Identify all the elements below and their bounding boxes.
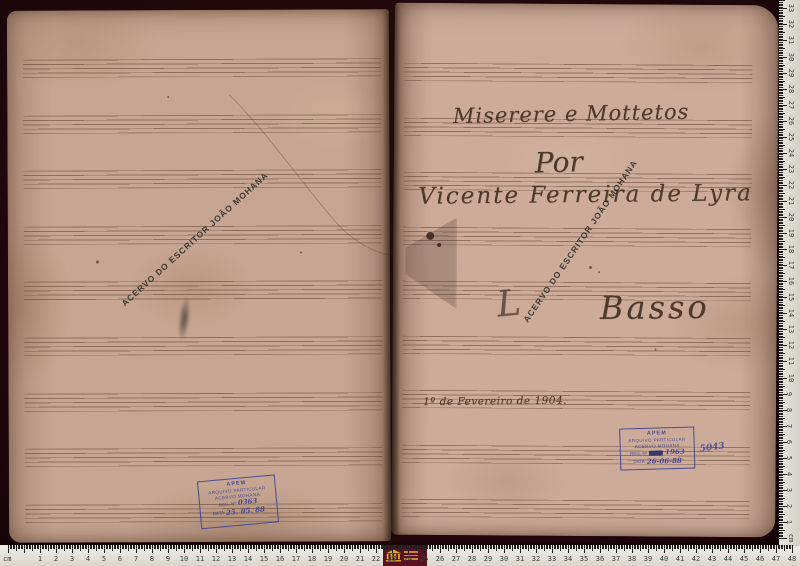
- ruler-tick: [779, 7, 783, 8]
- ruler-tick: [779, 471, 783, 472]
- ruler-tick: [779, 211, 783, 212]
- ruler-tick: [779, 108, 783, 109]
- ruler-number: 1: [38, 555, 42, 563]
- ruler-tick: [779, 416, 783, 417]
- ruler-tick: [779, 283, 783, 284]
- ruler-number: 40: [660, 555, 668, 563]
- ruler-number: 6: [785, 440, 793, 444]
- ruler-tick: [779, 305, 785, 306]
- ruler-tick: [779, 235, 783, 236]
- ruler-tick: [779, 438, 783, 439]
- ruler-tick: [779, 435, 783, 436]
- ruler-tick: [779, 276, 783, 277]
- staff-lines-left: [7, 9, 391, 543]
- ruler-number: 4: [86, 555, 90, 563]
- ruler-number: 24: [787, 149, 795, 157]
- ruler-tick: [779, 180, 783, 181]
- ruler-tick: [779, 406, 783, 407]
- ruler-number: 31: [787, 36, 795, 44]
- ruler-tick: [779, 448, 783, 449]
- ruler-tick: [779, 331, 783, 332]
- ruler-number: 20: [340, 555, 348, 563]
- ruler-tick: [779, 5, 783, 6]
- ruler-tick: [779, 105, 787, 106]
- ruler-tick: [779, 272, 783, 273]
- ruler-tick: [779, 238, 783, 239]
- ruler-number: 33: [548, 555, 556, 563]
- ruler-tick: [779, 414, 783, 415]
- ruler-tick: [779, 443, 783, 444]
- ruler-tick: [779, 312, 783, 313]
- ruler-tick: [779, 321, 785, 322]
- voice-part-label: Basso: [600, 288, 710, 327]
- ruler-tick: [779, 511, 783, 512]
- ruler-tick: [779, 239, 783, 240]
- ruler-tick: [779, 302, 783, 303]
- ruler-tick: [779, 215, 783, 216]
- archive-stamp-right: APEM ARQUIVO PARTICULAR ACERVO MOHANA RE…: [619, 426, 695, 470]
- ruler-tick: [779, 528, 783, 529]
- ruler-number: 10: [180, 555, 188, 563]
- ruler-number: 36: [596, 555, 604, 563]
- ruler-tick: [779, 400, 783, 401]
- ruler-tick: [779, 341, 783, 342]
- ruler-tick: [779, 188, 783, 189]
- ruler-tick: [779, 183, 783, 184]
- ruler-tick: [779, 286, 783, 287]
- ruler-tick: [779, 21, 783, 22]
- ruler-tick: [779, 103, 783, 104]
- paper-speck: [598, 271, 600, 273]
- ruler-tick: [779, 167, 783, 168]
- music-staff: [23, 58, 381, 78]
- ruler-tick: [779, 532, 783, 533]
- ruler-number: 5: [102, 555, 106, 563]
- ruler-tick: [779, 142, 783, 143]
- paper-speck: [589, 266, 592, 269]
- ruler-tick: [779, 185, 787, 186]
- ruler-tick: [779, 368, 783, 369]
- ruler-tick: [779, 127, 783, 128]
- manuscript-byline: Por: [534, 145, 583, 179]
- ruler-tick: [779, 228, 783, 229]
- ruler-tick: [779, 111, 783, 112]
- ruler-tick: [779, 106, 783, 107]
- ruler-number: 16: [787, 277, 795, 285]
- ruler-tick: [779, 124, 783, 125]
- ruler-number: 9: [166, 555, 170, 563]
- scanned-manuscript-photo: ACERVO DO ESCRITOR JOÃO MOHANA APEM ARQU…: [0, 0, 800, 566]
- ruler-tick: [779, 292, 783, 293]
- ruler-number: 29: [787, 68, 795, 76]
- music-staff: [24, 336, 382, 356]
- ruler-tick: [779, 328, 783, 329]
- ruler-tick: [779, 40, 787, 41]
- ruler-tick: [779, 252, 783, 253]
- ruler-tick: [779, 101, 783, 102]
- ruler-tick: [779, 268, 783, 269]
- ruler-tick: [779, 34, 783, 35]
- ruler-tick: [779, 536, 783, 537]
- ruler-tick: [779, 300, 783, 301]
- ruler-tick: [779, 32, 785, 33]
- ruler-tick: [779, 342, 783, 343]
- ruler-tick: [779, 129, 785, 130]
- ruler-tick: [779, 365, 783, 366]
- paper-speck: [167, 96, 169, 98]
- ruler-tick: [779, 220, 783, 221]
- ruler-tick: [779, 352, 783, 353]
- ruler-tick: [779, 206, 783, 207]
- ruler-tick: [779, 413, 783, 414]
- ruler-number: 38: [628, 555, 636, 563]
- ruler-tick: [779, 159, 783, 160]
- ruler-tick: [779, 77, 783, 78]
- ruler-unit-label: cm: [3, 555, 11, 563]
- ruler-tick: [779, 140, 783, 141]
- ruler-tick: [779, 297, 787, 298]
- ruler-tick: [779, 241, 785, 242]
- ruler-number: 13: [787, 325, 795, 333]
- ruler-tick: [779, 230, 783, 231]
- ruler-tick: [779, 371, 783, 372]
- ruler-number: 19: [324, 555, 332, 563]
- ruler-tick: [779, 23, 783, 24]
- ruler-tick: [779, 291, 783, 292]
- ruler-tick: [779, 29, 783, 30]
- ruler-tick: [779, 418, 785, 419]
- ruler-tick: [779, 455, 783, 456]
- ruler-tick: [779, 222, 783, 223]
- ruler-number: 27: [452, 555, 460, 563]
- ruler-tick: [779, 498, 785, 499]
- ruler-tick: [779, 92, 783, 93]
- ruler-tick: [779, 525, 783, 526]
- ruler-tick: [779, 190, 783, 191]
- ruler-number: 9: [785, 391, 793, 395]
- ruler-tick: [779, 82, 783, 83]
- ruler-tick: [779, 397, 783, 398]
- ruler-tick: [779, 453, 783, 454]
- ruler-tick: [779, 267, 783, 268]
- ruler-tick: [779, 361, 787, 362]
- ruler-number: 46: [756, 555, 764, 563]
- ruler-tick: [779, 244, 783, 245]
- ruler-tick: [779, 496, 783, 497]
- ruler-tick: [779, 466, 785, 467]
- ruler-tick: [779, 317, 783, 318]
- ruler-tick: [779, 207, 783, 208]
- ruler-tick: [779, 289, 785, 290]
- ruler-tick: [779, 390, 783, 391]
- ruler-tick: [779, 373, 783, 374]
- ruler-tick: [779, 52, 783, 53]
- ruler-tick: [779, 445, 783, 446]
- ruler-tick: [779, 419, 783, 420]
- ruler-tick: [779, 154, 783, 155]
- ruler-tick: [779, 360, 783, 361]
- ruler-number: 19: [787, 229, 795, 237]
- ruler-tick: [779, 161, 785, 162]
- ruler-number: 24: [404, 555, 412, 563]
- ruler-tick: [779, 47, 783, 48]
- ruler-tick: [779, 533, 783, 534]
- ruler-number: 20: [787, 213, 795, 221]
- ruler-number: 14: [244, 555, 252, 563]
- ruler-tick: [779, 376, 783, 377]
- ruler-tick: [779, 87, 783, 88]
- ruler-tick: [779, 209, 785, 210]
- ruler-tick: [779, 196, 783, 197]
- ruler-tick: [779, 4, 783, 5]
- ruler-tick: [779, 381, 783, 382]
- ruler-tick: [779, 260, 783, 261]
- ruler-tick: [779, 384, 783, 385]
- ruler-tick: [779, 334, 783, 335]
- ruler-number: 16: [276, 555, 284, 563]
- ruler-number: 22: [787, 181, 795, 189]
- ruler-tick: [779, 93, 783, 94]
- music-staff: [23, 114, 381, 134]
- ruler-number: 14: [787, 309, 795, 317]
- ruler-tick: [779, 69, 783, 70]
- ruler-tick: [779, 84, 783, 85]
- ruler-tick: [779, 469, 783, 470]
- paper-speck: [300, 252, 302, 254]
- date-handwritten: 26-06-88: [647, 457, 682, 467]
- ruler-tick: [779, 350, 783, 351]
- ruler-tick: [779, 464, 783, 465]
- ruler-number: 37: [612, 555, 620, 563]
- ruler-tick: [779, 243, 783, 244]
- ruler-tick: [779, 299, 783, 300]
- ruler-tick: [779, 219, 783, 220]
- ruler-tick: [779, 177, 785, 178]
- ruler-number: 39: [644, 555, 652, 563]
- ruler-unit-label: cm: [787, 534, 795, 542]
- manuscript-author: Vicente Ferreira de Lyra: [418, 180, 753, 210]
- pen-flourish: L: [495, 282, 523, 325]
- ruler-tick: [779, 39, 783, 40]
- ruler-tick: [779, 270, 783, 271]
- ruler-number: 12: [212, 555, 220, 563]
- ruler-tick: [779, 349, 783, 350]
- ruler-tick: [779, 516, 783, 517]
- music-staff: [25, 392, 383, 412]
- ruler-number: 12: [787, 341, 795, 349]
- page-gutter-shadow: [383, 4, 400, 542]
- ruler-number: 18: [308, 555, 316, 563]
- ruler-tick: [779, 195, 783, 196]
- ruler-tick: [779, 479, 783, 480]
- ruler-tick: [779, 89, 787, 90]
- ruler-tick: [779, 2, 783, 3]
- ruler-tick: [779, 411, 783, 412]
- ruler-tick: [779, 148, 783, 149]
- ruler-tick: [779, 65, 785, 66]
- ruler-tick: [779, 491, 783, 492]
- ruler-tick: [779, 402, 785, 403]
- ruler-tick: [779, 447, 783, 448]
- manuscript-left-page: ACERVO DO ESCRITOR JOÃO MOHANA APEM ARQU…: [7, 9, 391, 543]
- date-handwritten: 25. 05. 88: [226, 505, 266, 517]
- ruler-tick: [779, 37, 783, 38]
- ruler-tick: [779, 174, 783, 175]
- ruler-tick: [779, 231, 783, 232]
- ruler-tick: [779, 429, 783, 430]
- ruler-tick: [779, 109, 783, 110]
- ruler-tick: [779, 254, 783, 255]
- ruler-tick: [779, 81, 785, 82]
- ruler-tick: [779, 514, 785, 515]
- ruler-tick: [779, 156, 783, 157]
- ruler-tick: [779, 451, 783, 452]
- ruler-tick: [779, 504, 783, 505]
- ruler-tick: [779, 307, 783, 308]
- ruler-tick: [779, 45, 783, 46]
- ruler-number: 25: [420, 555, 428, 563]
- ruler-tick: [779, 265, 787, 266]
- ruler-tick: [779, 386, 785, 387]
- ruler-tick: [779, 61, 783, 62]
- ruler-number: 8: [150, 555, 154, 563]
- ruler-tick: [779, 408, 783, 409]
- ruler-number: 27: [787, 100, 795, 108]
- ruler-tick: [779, 485, 783, 486]
- ruler-number: 2: [785, 504, 793, 508]
- ruler-tick: [779, 223, 783, 224]
- ruler-tick: [779, 199, 783, 200]
- ruler-tick: [779, 333, 783, 334]
- horizontal-cm-ruler: cm 1234567891011121314151617181920212223…: [0, 545, 800, 566]
- ruler-tick: [779, 0, 785, 1]
- vertical-cm-ruler: cm 1234567891011121314151617181920212223…: [779, 0, 800, 545]
- music-staff: [25, 447, 383, 467]
- ruler-tick: [779, 119, 783, 120]
- overstamp-mark: [649, 450, 663, 455]
- ruler-tick: [779, 477, 783, 478]
- ruler-number: 15: [787, 293, 795, 301]
- ruler-tick: [779, 405, 783, 406]
- ruler-tick: [779, 520, 783, 521]
- stamp-date-row: DATA 26-06-88: [623, 456, 692, 467]
- ruler-tick: [779, 499, 783, 500]
- ruler-tick: [779, 421, 783, 422]
- ruler-tick: [779, 85, 783, 86]
- ruler-number: 33: [787, 4, 795, 12]
- ruler-number: 30: [787, 52, 795, 60]
- ruler-tick: [779, 166, 783, 167]
- ruler-tick: [779, 347, 783, 348]
- ruler-tick: [779, 246, 783, 247]
- ruler-number: 2: [54, 555, 58, 563]
- ruler-tick: [779, 456, 783, 457]
- ruler-tick: [779, 233, 787, 234]
- ruler-tick: [779, 227, 783, 228]
- ruler-tick: [779, 13, 783, 14]
- ruler-tick: [779, 31, 783, 32]
- ruler-number: 17: [292, 555, 300, 563]
- ruler-number: 26: [436, 555, 444, 563]
- ruler-tick: [779, 493, 783, 494]
- ruler-tick: [779, 204, 783, 205]
- ruler-tick: [779, 15, 783, 16]
- ruler-number: 43: [708, 555, 716, 563]
- ruler-tick: [779, 329, 787, 330]
- ruler-tick: [779, 310, 783, 311]
- ruler-tick: [779, 323, 783, 324]
- ruler-number: 21: [787, 197, 795, 205]
- ruler-tick: [779, 437, 783, 438]
- ruler-tick: [779, 236, 783, 237]
- ruler-tick: [779, 363, 783, 364]
- ruler-number: 31: [516, 555, 524, 563]
- ruler-tick: [779, 440, 783, 441]
- ruler-tick: [779, 36, 783, 37]
- ruler-tick: [779, 472, 783, 473]
- ruler-tick: [779, 284, 783, 285]
- ruler-tick: [779, 178, 783, 179]
- ruler-tick: [779, 68, 783, 69]
- archive-stamp-left: APEM ARQUIVO PARTICULAR ACERVO MOHANA RE…: [197, 474, 279, 529]
- ruler-tick: [779, 459, 783, 460]
- ruler-tick: [779, 138, 783, 139]
- reg-label: REG. Nº: [630, 450, 647, 456]
- ruler-tick: [779, 63, 783, 64]
- ruler-tick: [779, 294, 783, 295]
- music-staff: [24, 169, 382, 189]
- date-label: DATA: [213, 511, 225, 518]
- ruler-tick: [779, 122, 783, 123]
- ruler-tick: [779, 28, 783, 29]
- ruler-number: 5: [785, 456, 793, 460]
- ruler-tick: [779, 325, 783, 326]
- ruler-tick: [779, 113, 785, 114]
- ruler-number: 3: [785, 488, 793, 492]
- paper-speck: [654, 348, 656, 350]
- ruler-tick: [779, 76, 783, 77]
- ruler-tick: [779, 358, 783, 359]
- ruler-tick: [779, 389, 783, 390]
- ruler-tick: [779, 191, 783, 192]
- ruler-tick: [779, 382, 783, 383]
- ruler-tick: [779, 146, 783, 147]
- ruler-tick: [779, 187, 783, 188]
- ruler-tick: [779, 132, 783, 133]
- ruler-tick: [779, 398, 783, 399]
- ruler-number: 11: [196, 555, 204, 563]
- ruler-tick: [779, 304, 783, 305]
- ruler-number: 6: [118, 555, 122, 563]
- ruler-tick: [779, 55, 783, 56]
- ruler-number: 48: [788, 555, 796, 563]
- ruler-tick: [779, 395, 783, 396]
- ruler-tick: [779, 169, 787, 170]
- ruler-tick: [779, 422, 783, 423]
- ruler-tick: [779, 121, 787, 122]
- ruler-number: 21: [356, 555, 364, 563]
- ruler-number: 47: [772, 555, 780, 563]
- ruler-tick: [779, 79, 783, 80]
- ruler-tick: [779, 517, 783, 518]
- ruler-tick: [779, 50, 783, 51]
- ruler-tick: [779, 503, 783, 504]
- ruler-tick: [779, 151, 783, 152]
- ruler-tick: [779, 193, 785, 194]
- ruler-tick: [779, 495, 783, 496]
- ruler-tick: [779, 172, 783, 173]
- ruler-tick: [779, 256, 783, 257]
